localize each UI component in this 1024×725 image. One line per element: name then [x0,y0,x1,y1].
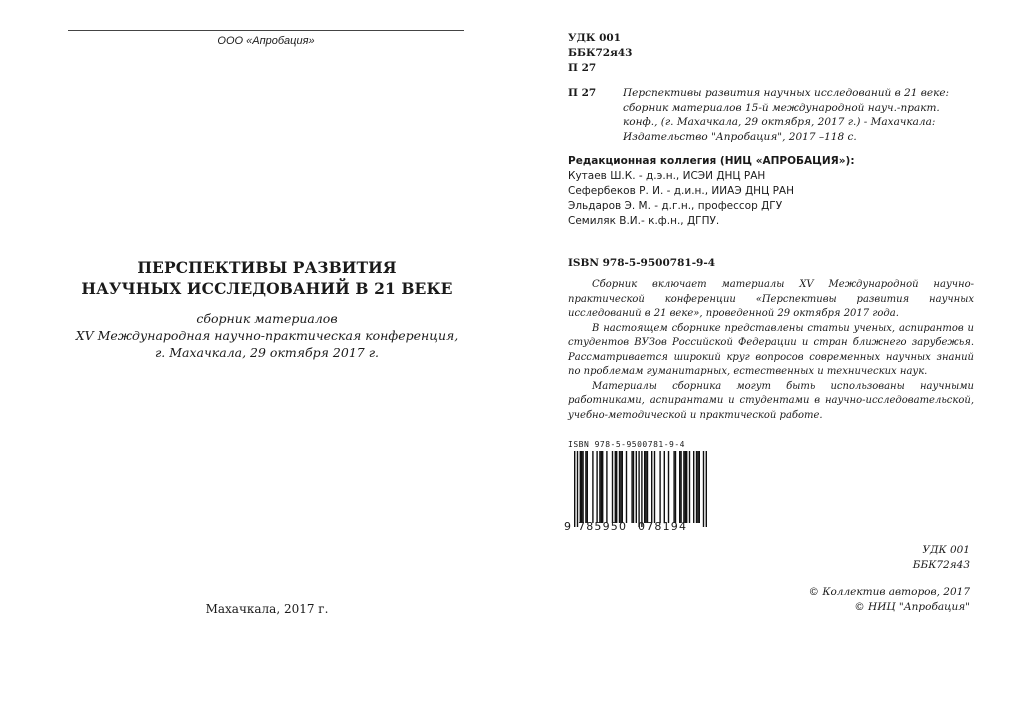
barcode-bars [564,451,714,527]
copyright: © Коллектив авторов, 2017 © НИЦ "Апробац… [742,585,970,615]
barcode-isbn-label: ISBN 978-5-9500781-9-4 [568,440,714,449]
board-member: Кутаев Ш.К. - д.э.н., ИСЭИ ДНЦ РАН [568,169,855,184]
board-member: Сефербеков Р. И. - д.и.н., ИИАЭ ДНЦ РАН [568,184,855,199]
publisher-name: ООО «Апробация» [68,35,464,47]
footer-codes: УДК 001 ББК72я43 [772,543,970,573]
footer-udk: УДК 001 [772,543,970,558]
abstract-paragraph: Сборник включает материалы XV Международ… [568,278,974,322]
barcode-digit-group: 785950 [578,520,627,533]
top-rule [68,30,464,31]
right-page: УДК 001 ББК72я43 П 27 П 27 Перспективы р… [512,0,1024,725]
bbk-code: ББК72я43 [568,46,632,61]
abstract: Сборник включает материалы XV Международ… [568,278,974,423]
isbn: ISBN 978-5-9500781-9-4 [568,257,715,269]
board-member: Семиляк В.И.- к.ф.н., ДГПУ. [568,214,855,229]
udk-code: УДК 001 [568,31,632,46]
barcode-digit-group: 9 [564,520,571,533]
footer-bbk: ББК72я43 [772,558,970,573]
board-member: Эльдаров Э. М. - д.г.н., профессор ДГУ [568,199,855,214]
book-subtitle: сборник материалов XV Международная науч… [60,310,474,361]
subtitle-line: г. Махачкала, 29 октября 2017 г. [60,344,474,361]
copyright-line: © НИЦ "Апробация" [742,600,970,615]
editorial-board-heading: Редакционная коллегия (НИЦ «АПРОБАЦИЯ»): [568,154,855,169]
left-page: ООО «Апробация» ПЕРСПЕКТИВЫ РАЗВИТИЯ НАУ… [0,0,512,725]
author-mark: П 27 [568,61,632,76]
barcode-digit-group: 078194 [638,520,687,533]
subtitle-line: сборник материалов [60,310,474,327]
biblio-text: Перспективы развития научных исследовани… [623,86,968,144]
biblio-mark: П 27 [568,86,596,101]
copyright-line: © Коллектив авторов, 2017 [742,585,970,600]
subtitle-line: XV Международная научно-практическая кон… [60,327,474,344]
book-title: ПЕРСПЕКТИВЫ РАЗВИТИЯ НАУЧНЫХ ИССЛЕДОВАНИ… [60,257,474,299]
city-year: Махачкала, 2017 г. [60,602,474,616]
title-line: ПЕРСПЕКТИВЫ РАЗВИТИЯ [60,257,474,278]
isbn-barcode: ISBN 978-5-9500781-9-4 9 785950 078194 [564,440,714,531]
classification-codes: УДК 001 ББК72я43 П 27 [568,31,632,76]
editorial-board: Редакционная коллегия (НИЦ «АПРОБАЦИЯ»):… [568,154,855,229]
abstract-paragraph: Материалы сборника могут быть использова… [568,380,974,424]
title-line: НАУЧНЫХ ИССЛЕДОВАНИЙ В 21 ВЕКЕ [60,278,474,299]
abstract-paragraph: В настоящем сборнике представлены статьи… [568,322,974,380]
